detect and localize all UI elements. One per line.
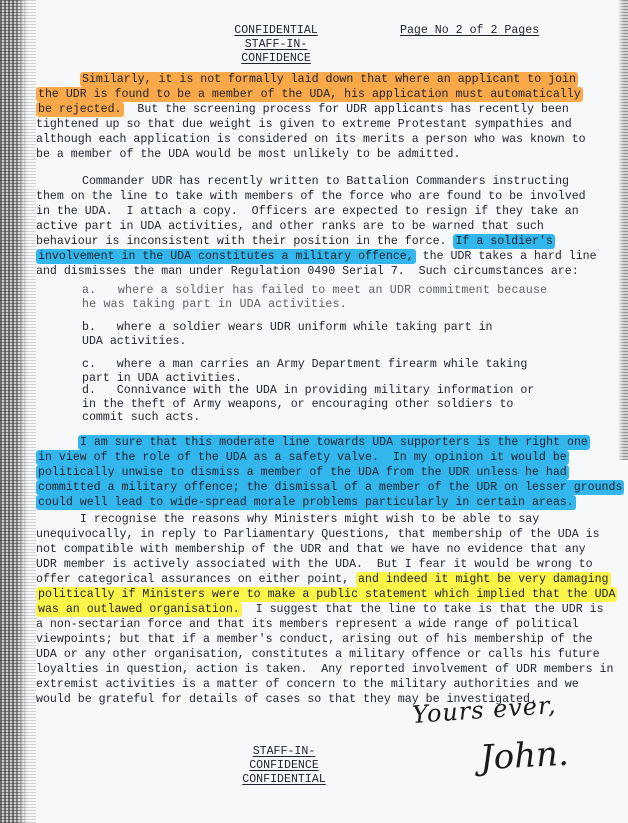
p2-line-3: in the UDA. I attach a copy. Officers ar… — [36, 205, 579, 219]
circumstance-b-line-1: where a soldier wears UDR uniform while … — [117, 321, 493, 334]
p4-line-8: a non-sectarian force and that its membe… — [36, 618, 579, 632]
scan-edge-right — [618, 0, 628, 460]
p3-line-4: committed a military offence; the dismis… — [36, 480, 624, 495]
handwritten-signature: John. — [479, 734, 570, 779]
p1-line-1: Similarly, it is not formally laid down … — [80, 72, 578, 87]
p2-line-1: Commander UDR has recently written to Ba… — [82, 175, 569, 189]
p2-highlight-soldier: If a soldier's — [453, 234, 554, 249]
circumstance-a-line-1: where a soldier has failed to meet an UD… — [118, 284, 547, 297]
p3-line-1: I am sure that this moderate line toward… — [78, 435, 590, 450]
p4-line-2: unequivocally, in reply to Parliamentary… — [36, 528, 600, 542]
p1-line-3a: be rejected. — [36, 102, 124, 117]
p2-line-7: and dismisses the man under Regulation 0… — [36, 265, 579, 279]
p2-line-4: active part in UDA activities, and other… — [36, 220, 544, 234]
page-number: Page No 2 of 2 Pages — [400, 24, 539, 37]
header-classification: CONFIDENTIAL STAFF-IN-CONFIDENCE — [222, 24, 330, 66]
p1-line-3b: But the screening process for UDR applic… — [124, 103, 569, 116]
footer-staff-in-confidence: STAFF-IN-CONFIDENCE — [220, 745, 348, 773]
p4-line-3: not compatible with membership of the UD… — [36, 543, 586, 557]
p3-line-5: could well lead to wide-spread morale pr… — [36, 495, 576, 510]
p1-line-4: tightened up so that due weight is given… — [36, 118, 572, 132]
circumstance-c-letter: c. — [82, 358, 96, 371]
p4-line-9: viewpoints; but that if a member's condu… — [36, 633, 593, 647]
footer-confidential: CONFIDENTIAL — [220, 773, 348, 787]
scan-edge-left-fade — [18, 0, 36, 823]
p4-line-5a: offer categorical assurances on either p… — [36, 573, 356, 586]
p1-line-5: although each application is considered … — [36, 133, 586, 147]
circumstance-d-line-2: in the theft of Army weapons, or encoura… — [82, 398, 513, 412]
p4-highlight-damaging: and indeed it might be very damaging — [356, 572, 610, 587]
circumstance-a-line-2: he was taking part in UDA activities. — [82, 298, 347, 312]
circumstance-b-letter: b. — [82, 321, 96, 334]
circumstance-c-line-1: where a man carries an Army Department f… — [117, 358, 528, 371]
p2-line-6b: the UDR takes a hard line — [416, 250, 597, 263]
p3-line-2: in view of the role of the UDA as a safe… — [36, 450, 569, 465]
p2-line-5a: behaviour is inconsistent with their pos… — [36, 235, 453, 248]
p4-line-1: I recognise the reasons why Ministers mi… — [80, 513, 539, 527]
circumstance-d-line-1: Connivance with the UDA in providing mil… — [117, 384, 534, 397]
circumstance-d-letter: d. — [82, 384, 96, 397]
p2-line-2: them on the line to take with members of… — [36, 190, 586, 204]
footer-classification: STAFF-IN-CONFIDENCE CONFIDENTIAL — [220, 745, 348, 787]
p4-line-12: extremist activities is a matter of conc… — [36, 678, 579, 692]
p4-line-10: UDA or any other organisation, constitut… — [36, 648, 600, 662]
circumstance-b-line-2: UDA activities. — [82, 335, 186, 349]
p4-line-11: loyalties in question, action is taken. … — [36, 663, 613, 677]
circumstance-d-line-3: commit such acts. — [82, 411, 200, 425]
p4-line-4: UDR member is actively associated with t… — [36, 558, 593, 572]
p2-highlight-offence: involvement in the UDA constitutes a mil… — [36, 249, 416, 264]
p4-highlight-outlawed: was an outlawed organisation. — [36, 602, 242, 617]
p1-line-2: the UDR is found to be a member of the U… — [36, 87, 583, 102]
circumstance-a-letter: a. — [82, 284, 96, 297]
p1-line-6: be a member of the UDA would be most unl… — [36, 148, 460, 162]
p3-line-3: politically unwise to dismiss a member o… — [36, 465, 569, 480]
header-staff-in-confidence: STAFF-IN-CONFIDENCE — [222, 38, 330, 66]
p4-highlight-politically: politically if Ministers were to make a … — [36, 587, 617, 602]
header-confidential: CONFIDENTIAL — [222, 24, 330, 38]
p4-line-7b: I suggest that the line to take is that … — [242, 603, 604, 616]
